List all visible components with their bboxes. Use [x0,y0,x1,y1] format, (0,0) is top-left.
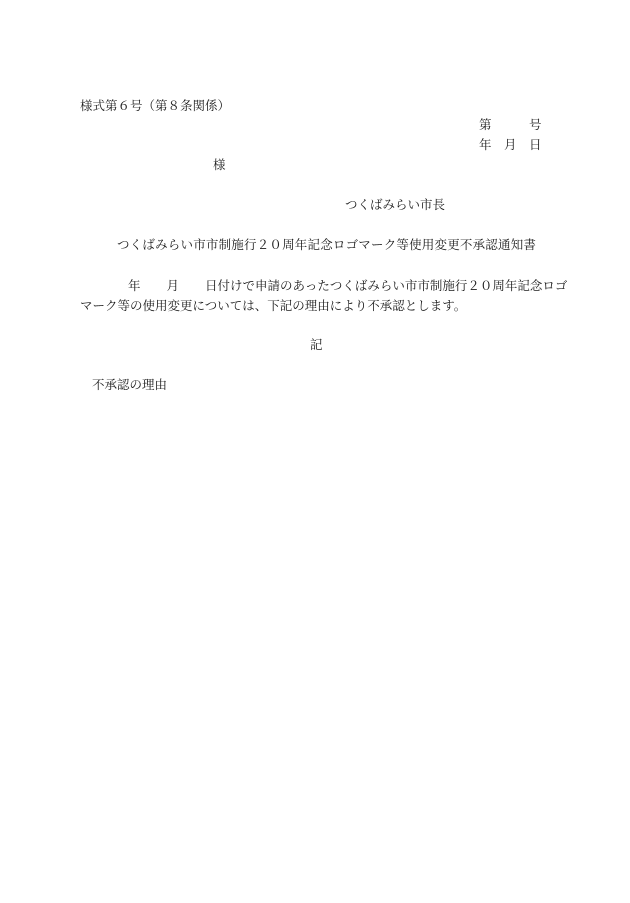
body-paragraph: 年月日付けで申請のあったつくばみらい市市制施行２０周年記念ロゴ マーク等の使用変… [80,276,558,316]
body-line-1-text: 日付けで申請のあったつくばみらい市市制施行２０周年記念ロゴ [205,278,567,293]
date-month-label: 月 [504,137,517,153]
body-line-2: マーク等の使用変更については、下記の理由により不承認とします。 [80,296,558,316]
body-line-1: 年月日付けで申請のあったつくばみらい市市制施行２０周年記念ロゴ [80,276,558,296]
body-month-label: 月 [167,278,180,293]
reason-label: 不承認の理由 [92,377,167,393]
date-year-label: 年 [479,137,492,153]
document-title: つくばみらい市市制施行２０周年記念ロゴマーク等使用変更不承認通知書 [117,237,536,253]
addressee-honorific: 様 [213,157,226,173]
date-day-label: 日 [529,137,542,153]
issue-number-prefix: 第 [479,117,492,133]
issuer-name: つくばみらい市長 [345,197,445,213]
issue-number-suffix: 号 [529,117,542,133]
form-number: 様式第６号（第８条関係） [80,98,230,114]
body-year-label: 年 [128,278,141,293]
document-page: 様式第６号（第８条関係） 第 号 年 月 日 様 つくばみらい市長 つくばみらい… [0,0,630,903]
ki-heading: 記 [310,337,323,353]
